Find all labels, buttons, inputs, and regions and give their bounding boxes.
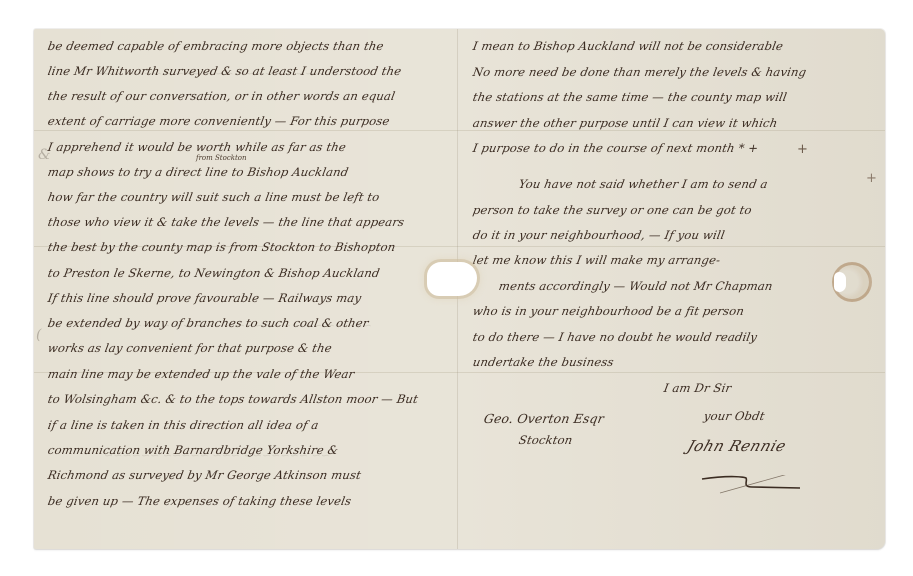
plus-mark: +: [797, 142, 808, 157]
text-line: I apprehend it would be worth while as f…: [47, 140, 347, 154]
text-line: extent of carriage more conveniently — F…: [47, 114, 391, 128]
text-line: how far the country will suit such a lin…: [47, 190, 381, 204]
addressee-place: Stockton: [518, 433, 574, 447]
text-line: let me know this I will make my arrange-: [472, 253, 722, 267]
text-line: main line may be extended up the vale of…: [47, 367, 356, 381]
text-line: do it in your neighbourhood, — If you wi…: [472, 228, 726, 242]
text-line: answer the other purpose until I can vie…: [472, 116, 779, 130]
text-line: I purpose to do in the course of next mo…: [472, 141, 760, 155]
text-line: to do there — I have no doubt he would r…: [472, 330, 759, 344]
text-line: No more need be done than merely the lev…: [472, 65, 808, 79]
text-line: those who view it & take the levels — th…: [47, 215, 406, 229]
text-line: line Mr Whitworth surveyed & so at least…: [47, 64, 403, 78]
signature-flourish: [700, 475, 830, 495]
text-line: who is in your neighbourhood be a fit pe…: [472, 304, 746, 318]
text-line: communication with Barnardbridge Yorkshi…: [47, 443, 340, 457]
text-line: works as lay convenient for that purpose…: [47, 341, 333, 355]
paper-hole: [427, 262, 477, 296]
text-line: to Preston le Skerne, to Newington & Bis…: [47, 266, 381, 280]
plus-mark: +: [866, 171, 877, 186]
valediction: your Obdt: [703, 409, 766, 423]
text-line: person to take the survey or one can be …: [472, 203, 753, 217]
right-page: I mean to Bishop Auckland will not be co…: [459, 29, 885, 549]
text-line: Richmond as surveyed by Mr George Atkins…: [47, 468, 362, 482]
text-line: to Wolsingham &c. & to the tops towards …: [47, 392, 420, 406]
text-line: I mean to Bishop Auckland will not be co…: [472, 39, 785, 53]
text-line: if a line is taken in this direction all…: [47, 418, 320, 432]
text-line: the best by the county map is from Stock…: [47, 240, 397, 254]
text-line: be extended by way of branches to such c…: [47, 316, 370, 330]
left-page: be deemed capable of embracing more obje…: [34, 29, 457, 549]
text-line: be deemed capable of embracing more obje…: [47, 39, 385, 53]
addressee: Geo. Overton Esqr: [483, 411, 606, 426]
text-line: If this line should prove favourable — R…: [47, 291, 363, 305]
text-line: the stations at the same time — the coun…: [472, 90, 788, 104]
paper-hole: [834, 272, 846, 292]
text-line: ments accordingly — Would not Mr Chapman: [498, 279, 774, 293]
text-line: be given up — The expenses of taking the…: [47, 494, 353, 508]
text-line: You have not said whether I am to send a: [518, 177, 769, 191]
interlinear-insertion: from Stockton: [196, 154, 247, 162]
text-line: undertake the business: [472, 355, 615, 369]
closing: I am Dr Sir: [663, 381, 733, 395]
text-line: the result of our conversation, or in ot…: [47, 89, 396, 103]
signature: John Rennie: [685, 437, 789, 455]
text-line: map shows to try a direct line to Bishop…: [47, 165, 350, 179]
